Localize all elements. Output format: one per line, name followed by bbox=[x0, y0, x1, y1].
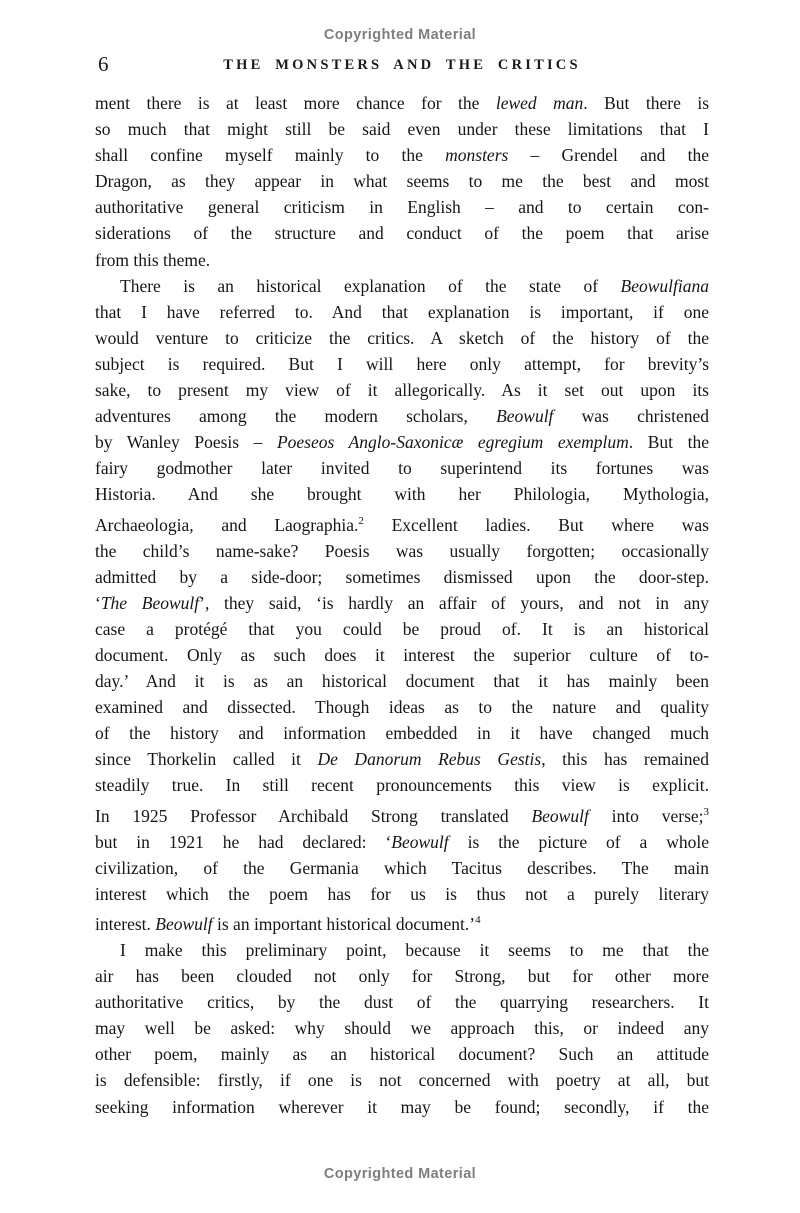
text-run: , this has remained bbox=[541, 749, 709, 769]
text-run: is an important historical document.’ bbox=[213, 914, 475, 934]
running-header: THE MONSTERS AND THE CRITICS bbox=[95, 52, 709, 74]
text-run: authoritative general criticism in Engli… bbox=[95, 197, 709, 217]
text-line: but in 1921 he had declared: ‘Beowulf is… bbox=[95, 829, 709, 855]
text-run: was christened bbox=[553, 406, 709, 426]
text-run: sake, to present my view of it allegoric… bbox=[95, 380, 709, 400]
text-line: subject is required. But I will here onl… bbox=[95, 351, 709, 377]
text-run: into verse; bbox=[589, 806, 704, 826]
text-run: siderations of the structure and conduct… bbox=[95, 223, 709, 243]
text-run: Beowulfiana bbox=[621, 276, 709, 296]
page-body: ment there is at least more chance for t… bbox=[95, 90, 709, 1120]
text-line: so much that might still be said even un… bbox=[95, 116, 709, 142]
text-run: adventures among the modern scholars, bbox=[95, 406, 496, 426]
text-line: steadily true. In still recent pronounce… bbox=[95, 772, 709, 798]
text-run: Beowulf bbox=[391, 832, 448, 852]
text-line: would venture to criticize the critics. … bbox=[95, 325, 709, 351]
text-line: adventures among the modern scholars, Be… bbox=[95, 403, 709, 429]
page-number: 6 bbox=[98, 52, 109, 76]
copyright-notice-top: Copyrighted Material bbox=[0, 27, 800, 43]
text-line: of the history and information embedded … bbox=[95, 720, 709, 746]
book-page: Copyrighted Material 6 THE MONSTERS AND … bbox=[0, 0, 800, 1213]
text-line: document. Only as such does it interest … bbox=[95, 642, 709, 668]
text-line: may well be asked: why should we approac… bbox=[95, 1015, 709, 1041]
copyright-notice-bottom: Copyrighted Material bbox=[0, 1166, 800, 1182]
text-line: interest. Beowulf is an important histor… bbox=[95, 907, 709, 937]
text-run: by Wanley Poesis – bbox=[95, 432, 277, 452]
footnote-marker: 4 bbox=[475, 914, 481, 926]
text-run: interest. bbox=[95, 914, 155, 934]
text-run: day.’ And it is as an historical documen… bbox=[95, 671, 709, 691]
text-run: I make this preliminary point, because i… bbox=[120, 940, 709, 960]
text-run: Beowulf bbox=[531, 806, 588, 826]
text-run: of the history and information embedded … bbox=[95, 723, 709, 743]
text-run: since Thorkelin called it bbox=[95, 749, 317, 769]
text-run: lewed man bbox=[496, 93, 583, 113]
text-line: civilization, of the Germania which Taci… bbox=[95, 855, 709, 881]
text-run: subject is required. But I will here onl… bbox=[95, 354, 709, 374]
text-run: steadily true. In still recent pronounce… bbox=[95, 775, 709, 795]
text-run: The Beowulf bbox=[101, 593, 199, 613]
text-run: In 1925 Professor Archibald Strong trans… bbox=[95, 806, 531, 826]
text-line: Historia. And she brought with her Philo… bbox=[95, 481, 709, 507]
text-run: from this theme. bbox=[95, 250, 210, 270]
text-run: may well be asked: why should we approac… bbox=[95, 1018, 709, 1038]
text-line: since Thorkelin called it De Danorum Reb… bbox=[95, 746, 709, 772]
text-line: admitted by a side-door; sometimes dismi… bbox=[95, 564, 709, 590]
text-line: is defensible: firstly, if one is not co… bbox=[95, 1067, 709, 1093]
text-run: Archaeologia, and Laographia. bbox=[95, 515, 358, 535]
text-line: ment there is at least more chance for t… bbox=[95, 90, 709, 116]
text-run: civilization, of the Germania which Taci… bbox=[95, 858, 709, 878]
paragraph: I make this preliminary point, because i… bbox=[95, 937, 709, 1120]
text-line: seeking information wherever it may be f… bbox=[95, 1094, 709, 1120]
text-run: ’, they said, ‘is hardly an affair of yo… bbox=[199, 593, 709, 613]
text-run: so much that might still be said even un… bbox=[95, 119, 709, 139]
text-line: There is an historical explanation of th… bbox=[95, 273, 709, 299]
text-run: is the picture of a whole bbox=[449, 832, 709, 852]
text-run: De Danorum Rebus Gestis bbox=[317, 749, 541, 769]
text-run: Beowulf bbox=[496, 406, 553, 426]
text-line: sake, to present my view of it allegoric… bbox=[95, 377, 709, 403]
text-run: case a protégé that you could be proud o… bbox=[95, 619, 709, 639]
text-run: Beowulf bbox=[155, 914, 212, 934]
text-run: . But there is bbox=[583, 93, 709, 113]
text-run: would venture to criticize the critics. … bbox=[95, 328, 709, 348]
text-line: other poem, mainly as an historical docu… bbox=[95, 1041, 709, 1067]
text-run: seeking information wherever it may be f… bbox=[95, 1097, 709, 1117]
text-run: interest which the poem has for us is th… bbox=[95, 884, 709, 904]
text-run: is defensible: firstly, if one is not co… bbox=[95, 1070, 709, 1090]
text-line: fairy godmother later invited to superin… bbox=[95, 455, 709, 481]
text-line: from this theme. bbox=[95, 247, 709, 273]
text-run: admitted by a side-door; sometimes dismi… bbox=[95, 567, 709, 587]
text-run: – Grendel and the bbox=[508, 145, 709, 165]
text-line: air has been clouded not only for Strong… bbox=[95, 963, 709, 989]
text-run: other poem, mainly as an historical docu… bbox=[95, 1044, 709, 1064]
text-run: Historia. And she brought with her Philo… bbox=[95, 484, 709, 504]
text-line: Archaeologia, and Laographia.2 Excellent… bbox=[95, 508, 709, 538]
text-run: shall confine myself mainly to the bbox=[95, 145, 445, 165]
text-run: . But the bbox=[629, 432, 709, 452]
text-run: the child’s name-sake? Poesis was usuall… bbox=[95, 541, 709, 561]
text-line: authoritative critics, by the dust of th… bbox=[95, 989, 709, 1015]
text-run: but in 1921 he had declared: ‘ bbox=[95, 832, 391, 852]
text-line: Dragon, as they appear in what seems to … bbox=[95, 168, 709, 194]
text-run: document. Only as such does it interest … bbox=[95, 645, 709, 665]
text-run: authoritative critics, by the dust of th… bbox=[95, 992, 709, 1012]
text-run: air has been clouded not only for Strong… bbox=[95, 966, 709, 986]
text-line: shall confine myself mainly to the monst… bbox=[95, 142, 709, 168]
text-run: ment there is at least more chance for t… bbox=[95, 93, 496, 113]
paragraph: There is an historical explanation of th… bbox=[95, 273, 709, 937]
text-run: Dragon, as they appear in what seems to … bbox=[95, 171, 709, 191]
text-run: fairy godmother later invited to superin… bbox=[95, 458, 709, 478]
text-line: that I have referred to. And that explan… bbox=[95, 299, 709, 325]
text-line: I make this preliminary point, because i… bbox=[95, 937, 709, 963]
paragraph: ment there is at least more chance for t… bbox=[95, 90, 709, 273]
text-line: siderations of the structure and conduct… bbox=[95, 220, 709, 246]
text-line: authoritative general criticism in Engli… bbox=[95, 194, 709, 220]
text-line: day.’ And it is as an historical documen… bbox=[95, 668, 709, 694]
text-run: that I have referred to. And that explan… bbox=[95, 302, 709, 322]
text-line: examined and dissected. Though ideas as … bbox=[95, 694, 709, 720]
text-line: case a protégé that you could be proud o… bbox=[95, 616, 709, 642]
text-run: monsters bbox=[445, 145, 508, 165]
text-line: interest which the poem has for us is th… bbox=[95, 881, 709, 907]
text-run: Excellent ladies. But where was bbox=[364, 515, 709, 535]
page-header: 6 THE MONSTERS AND THE CRITICS bbox=[95, 52, 709, 78]
footnote-marker: 3 bbox=[704, 806, 710, 818]
text-line: the child’s name-sake? Poesis was usuall… bbox=[95, 538, 709, 564]
text-line: In 1925 Professor Archibald Strong trans… bbox=[95, 799, 709, 829]
text-run: examined and dissected. Though ideas as … bbox=[95, 697, 709, 717]
text-run: Poeseos Anglo-Saxonicæ egregium exemplum bbox=[277, 432, 629, 452]
text-line: ‘The Beowulf’, they said, ‘is hardly an … bbox=[95, 590, 709, 616]
text-run: There is an historical explanation of th… bbox=[120, 276, 621, 296]
text-line: by Wanley Poesis – Poeseos Anglo-Saxonic… bbox=[95, 429, 709, 455]
